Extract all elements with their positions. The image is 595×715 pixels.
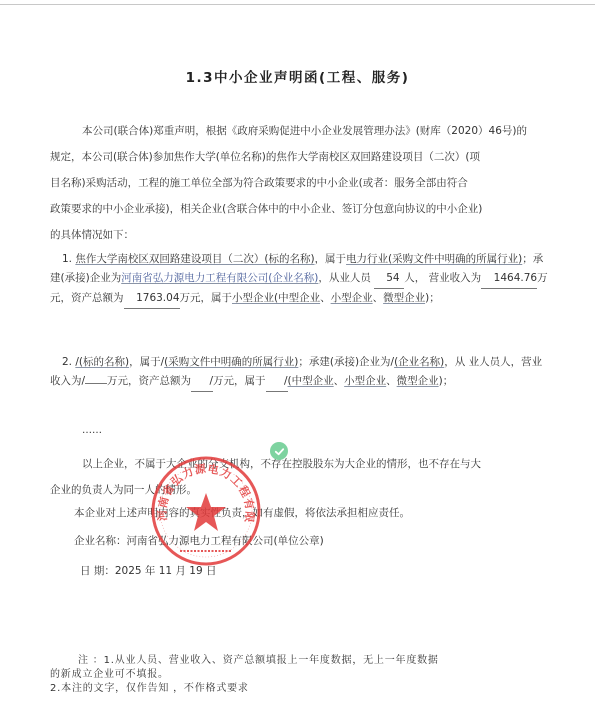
- item-2-size-close: )；: [439, 375, 454, 387]
- separator: 、: [320, 292, 331, 304]
- item-1: 1. 焦作大学南校区双回路建设项目（二次）(标的名称)，属于电力行业(采购文件中…: [50, 250, 550, 309]
- check-circle-icon[interactable]: [270, 442, 288, 460]
- item-1-revenue: 1464.76: [481, 269, 537, 289]
- date-line: 日 期：2025 年 11 月 19 日: [80, 563, 580, 578]
- item-1-size-option-medium: (中型企业: [274, 292, 320, 304]
- separator: 、: [386, 375, 397, 387]
- document-page: 1.3中小企业声明函(工程、服务) 本公司(联合体)郑重声明，根据《政府采购促进…: [0, 0, 595, 715]
- item-2-company: (企业名称): [394, 356, 444, 368]
- item-1-employees: 54: [374, 269, 404, 289]
- note-line-1: 注 ：1.从业人员、营业收入、资产总额填报上一年度数据，无上一年度数据: [78, 654, 439, 668]
- separator: 、: [373, 292, 384, 304]
- item-2-size-label: 万元，属于: [213, 375, 266, 387]
- item-1-employees-label: ，从业人员: [318, 272, 371, 284]
- item-1-size-option-micro: 微型企业: [383, 292, 425, 304]
- item-1-number: 1.: [62, 253, 75, 265]
- item-2-size: /: [266, 372, 288, 392]
- item-1-revenue-label: 营业收入为: [429, 272, 482, 284]
- statement-line-2: 企业的负责人为同一人的情形。: [50, 477, 550, 503]
- statement-line-3: 本企业对上述声明内容的真实性负责，如有虚假，将依法承担相应责任。: [74, 505, 574, 520]
- intro-line-5: 的具体情况如下：: [50, 222, 550, 248]
- statement-paragraph: 以上企业，不属于大企业的分支机构，不存在控股股东为大企业的情形，也不存在与大 企…: [50, 451, 550, 503]
- intro-paragraph: 本公司(联合体)郑重声明，根据《政府采购促进中小企业发展管理办法》(财库（202…: [50, 118, 550, 248]
- page-title: 1.3中小企业声明函(工程、服务): [0, 66, 595, 86]
- item-1-belongs-label: ，属于: [315, 253, 347, 265]
- item-2-size-option-medium: (中型企业: [288, 375, 334, 387]
- item-2-assets-label: 万元，资产总额为: [107, 375, 191, 387]
- item-2-industry: (采购文件中明确的所属行业): [164, 356, 298, 368]
- intro-line-2: 规定，本公司(联合体)参加焦作大学(单位名称)的焦作大学南校区双回路建设项目（二…: [50, 144, 550, 170]
- item-2-assets: /: [191, 372, 213, 392]
- statement-line-1: 以上企业，不属于大企业的分支机构，不存在控股股东为大企业的情形，也不存在与大: [50, 451, 550, 477]
- separator: 、: [334, 375, 345, 387]
- intro-line-1: 本公司(联合体)郑重声明，根据《政府采购促进中小企业发展管理办法》(财库（202…: [50, 118, 550, 144]
- item-2-size-option-micro: 微型企业: [397, 375, 439, 387]
- intro-line-4: 政策要求的中小企业承接)，相关企业(含联合体中的中小企业、签订分包意向协议的中小…: [50, 196, 550, 222]
- item-2-belongs-label: ，属于/: [129, 356, 164, 368]
- item-1-size: 小型企业: [232, 292, 274, 304]
- note-line-3: 2.本注的文字，仅作告知 ，不作格式要求: [50, 682, 249, 696]
- item-1-project-name: 焦作大学南校区双回路建设项目（二次）(标的名称): [75, 253, 314, 265]
- item-2-revenue-blank: [85, 383, 107, 384]
- item-1-assets-unit: 万元，属于: [180, 292, 233, 304]
- item-2-number: 2.: [62, 356, 75, 368]
- ellipsis: ……: [82, 425, 582, 436]
- item-1-employees-unit: 人，: [404, 272, 425, 284]
- intro-line-3: 目名称)采购活动，工程的施工单位全部为符合政策要求的中小企业(或者：服务全部由符…: [50, 170, 550, 196]
- item-2-contractor-label: ；承建(承接)企业为/: [298, 356, 394, 368]
- company-signature-line: 企业名称：河南省弘力源电力工程有限公司(单位公章): [74, 533, 574, 548]
- item-2: 2. /(标的名称)，属于/(采购文件中明确的所属行业)；承建(承接)企业为/(…: [50, 353, 550, 392]
- item-1-industry: 电力行业(采购文件中明确的所属行业): [346, 253, 522, 265]
- item-2-tail: ，从: [444, 356, 465, 368]
- item-1-assets: 1763.04: [124, 289, 180, 309]
- item-2-project-name: /(标的名称): [75, 356, 129, 368]
- item-2-size-option-small: 小型企业: [344, 375, 386, 387]
- item-1-size-close: )；: [425, 292, 440, 304]
- item-1-company: 河南省弘力源电力工程有限公司(企业名称): [121, 272, 318, 284]
- note-line-2: 的新成立企业可不填报。: [50, 668, 169, 682]
- item-1-size-option-small: 小型企业: [331, 292, 373, 304]
